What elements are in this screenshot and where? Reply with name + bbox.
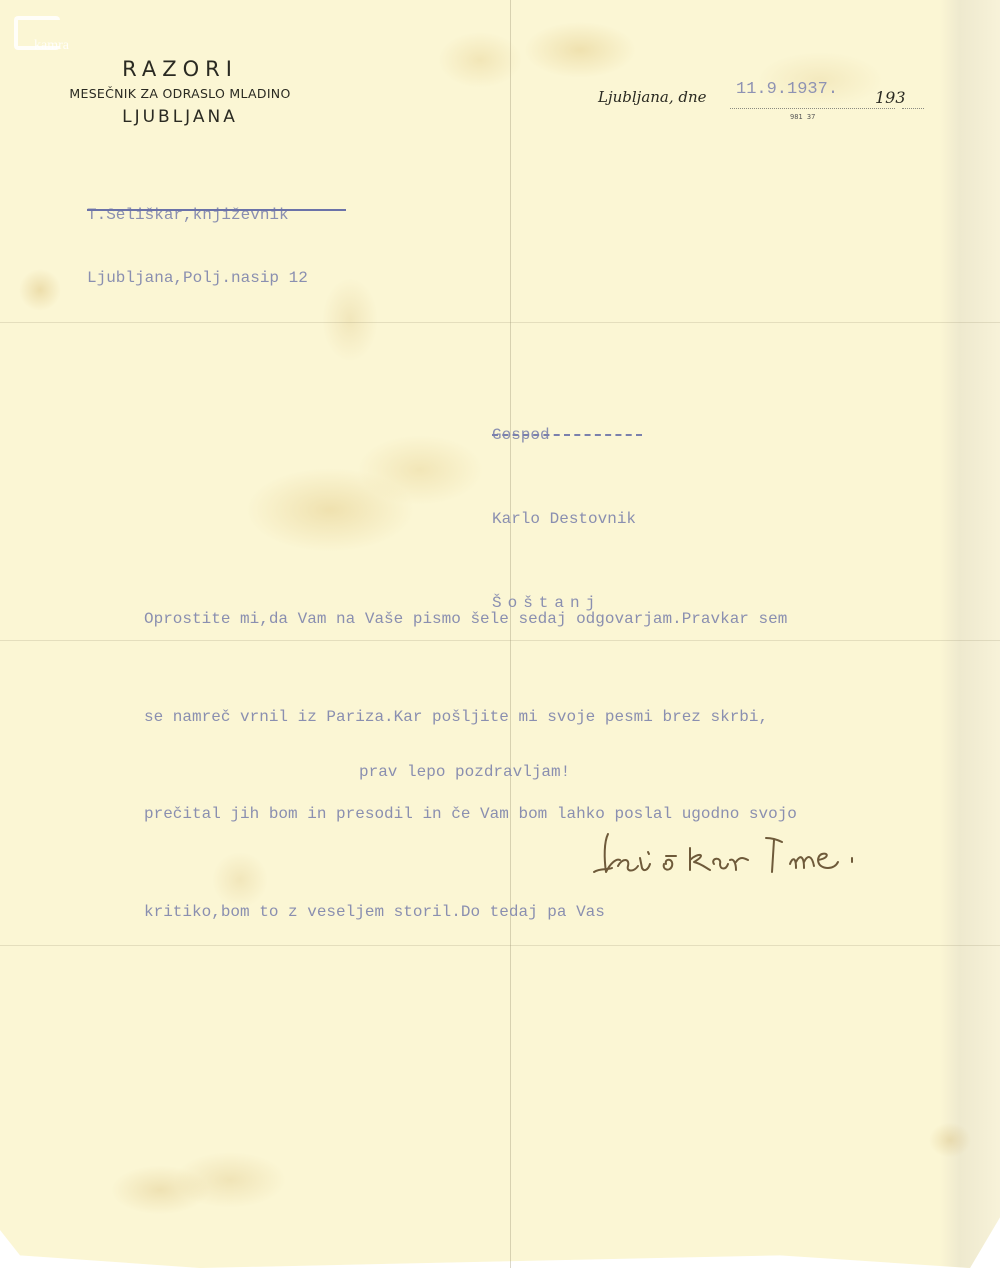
letterhead-city: LJUBLJANA bbox=[50, 107, 310, 127]
signature-scrawl-icon bbox=[590, 828, 920, 888]
year-prefix: 193 bbox=[875, 88, 906, 107]
letterhead-subtitle: MESEČNIK ZA ODRASLO MLADINO bbox=[50, 86, 310, 101]
handwritten-signature bbox=[590, 828, 920, 888]
place-label: Ljubljana, dne bbox=[598, 88, 707, 106]
year-dotted-line bbox=[902, 108, 924, 109]
letterhead: RAZORI MESEČNIK ZA ODRASLO MLADINO LJUBL… bbox=[50, 56, 310, 127]
sender-block: T.Seliškar,književnik Ljubljana,Polj.nas… bbox=[87, 163, 308, 310]
body-line: se namreč vrnil iz Pariza.Kar pošljite m… bbox=[144, 701, 797, 734]
letter-closing: prav lepo pozdravljam! bbox=[359, 763, 570, 781]
body-line: Oprostite mi,da Vam na Vaše pismo šele s… bbox=[144, 603, 797, 636]
archive-watermark: kamra bbox=[14, 16, 74, 48]
recipient-name: Karlo Destovnik bbox=[492, 505, 636, 533]
sender-underline bbox=[87, 209, 346, 211]
watermark-label: kamra bbox=[34, 38, 69, 54]
body-line: kritiko,bom to z veseljem storil.Do teda… bbox=[144, 896, 797, 929]
letter-body: Oprostite mi,da Vam na Vaše pismo šele s… bbox=[144, 538, 797, 961]
recipient-underline bbox=[492, 434, 642, 436]
typed-date: 11.9.1937. bbox=[736, 80, 838, 99]
sender-line: Ljubljana,Polj.nasip 12 bbox=[87, 268, 308, 289]
place-date-line: Ljubljana, dne 11.9.1937. 981 37 193 bbox=[598, 82, 938, 122]
letterhead-title: RAZORI bbox=[50, 56, 310, 82]
horizontal-fold-crease bbox=[0, 322, 1000, 323]
stamp-code: 981 37 bbox=[790, 113, 815, 121]
body-line: prečital jih bom in presodil in če Vam b… bbox=[144, 798, 797, 831]
date-dotted-line bbox=[730, 108, 895, 109]
